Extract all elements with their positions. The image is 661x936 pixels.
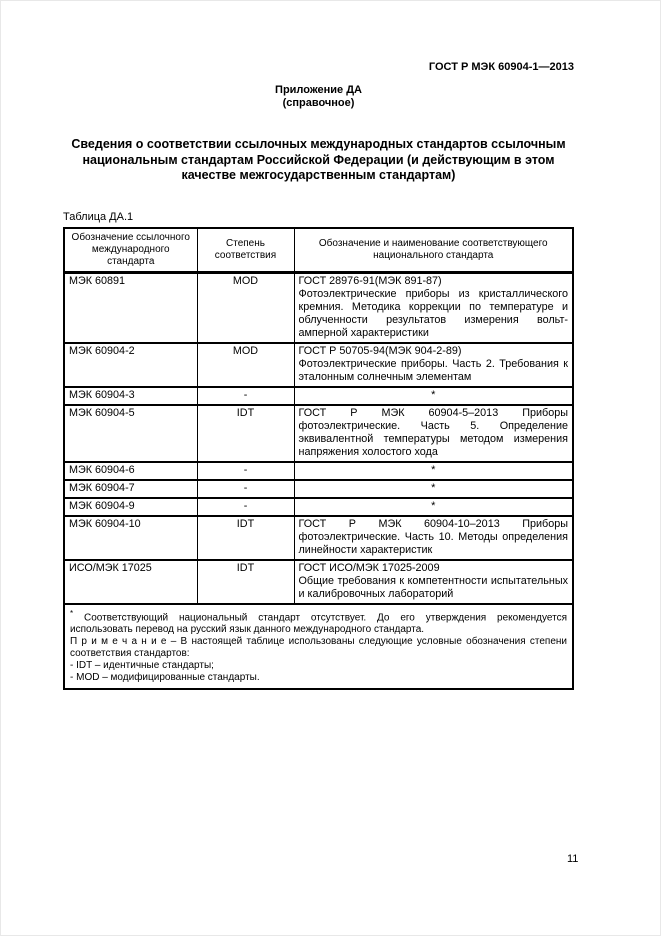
- col-header-degree: Степень соответствия: [197, 228, 294, 273]
- col-header-national-standard: Обозначение и наименование соответствующ…: [294, 228, 573, 273]
- doc-number: ГОСТ Р МЭК 60904-1—2013: [63, 61, 574, 74]
- page-content: ГОСТ Р МЭК 60904-1—2013 Приложение ДА (с…: [63, 1, 574, 690]
- no-national-standard-mark: *: [299, 464, 569, 477]
- table-row: МЭК 60904-7-*: [64, 480, 573, 498]
- table-footnote: * Соответствующий национальный стандарт …: [64, 604, 573, 689]
- national-standard-cell: *: [294, 387, 573, 405]
- footnote-item-idt: - IDT – идентичные стандарты;: [70, 660, 567, 672]
- intl-standard-cell: МЭК 60904-10: [64, 516, 197, 560]
- intl-standard-cell: МЭК 60904-6: [64, 462, 197, 480]
- no-national-standard-mark: *: [299, 482, 569, 495]
- degree-cell: -: [197, 498, 294, 516]
- intl-standard-cell: МЭК 60904-9: [64, 498, 197, 516]
- degree-cell: -: [197, 462, 294, 480]
- national-standard-cell: ГОСТ 28976-91(МЭК 891-87)Фотоэлектрическ…: [294, 272, 573, 343]
- table-row: ИСО/МЭК 17025IDTГОСТ ИСО/МЭК 17025-2009О…: [64, 560, 573, 604]
- table-row: МЭК 60904-10IDTГОСТ Р МЭК 60904-10–2013 …: [64, 516, 573, 560]
- national-standard-cell: ГОСТ ИСО/МЭК 17025-2009Общие требования …: [294, 560, 573, 604]
- table-row: МЭК 60904-5IDTГОСТ Р МЭК 60904-5–2013 Пр…: [64, 405, 573, 462]
- national-standard-cell: *: [294, 462, 573, 480]
- table-row: МЭК 60904-2MODГОСТ Р 50705-94(МЭК 904-2-…: [64, 343, 573, 387]
- page-title: Сведения о соответствии ссылочных междун…: [63, 137, 574, 184]
- footnote-star-paragraph: * Соответствующий национальный стандарт …: [70, 608, 567, 636]
- national-standard-paragraph: ГОСТ ИСО/МЭК 17025-2009: [299, 562, 569, 575]
- annex-block: Приложение ДА (справочное): [63, 84, 574, 110]
- degree-cell: IDT: [197, 516, 294, 560]
- no-national-standard-mark: *: [299, 389, 569, 402]
- table-header-row: Обозначение ссылочного международного ст…: [64, 228, 573, 273]
- intl-standard-cell: МЭК 60904-7: [64, 480, 197, 498]
- national-standard-paragraph: ГОСТ Р МЭК 60904-5–2013 Приборы фотоэлек…: [299, 407, 569, 459]
- footnote-star-marker: *: [70, 609, 73, 618]
- national-standard-paragraph: Фотоэлектрические приборы. Часть 2. Треб…: [299, 358, 569, 384]
- footnote-row: * Соответствующий национальный стандарт …: [64, 604, 573, 689]
- intl-standard-cell: МЭК 60904-5: [64, 405, 197, 462]
- intl-standard-cell: ИСО/МЭК 17025: [64, 560, 197, 604]
- annex-title: Приложение ДА: [63, 84, 574, 97]
- degree-cell: -: [197, 387, 294, 405]
- national-standard-paragraph: Фотоэлектрические приборы из кристалличе…: [299, 288, 569, 340]
- intl-standard-cell: МЭК 60904-3: [64, 387, 197, 405]
- national-standard-cell: ГОСТ Р МЭК 60904-10–2013 Приборы фотоэле…: [294, 516, 573, 560]
- page-number: 11: [567, 853, 578, 865]
- national-standard-cell: *: [294, 498, 573, 516]
- intl-standard-cell: МЭК 60904-2: [64, 343, 197, 387]
- footnote-cell: * Соответствующий национальный стандарт …: [64, 604, 573, 689]
- table-row: МЭК 60904-9-*: [64, 498, 573, 516]
- table-header: Обозначение ссылочного международного ст…: [64, 228, 573, 273]
- national-standard-paragraph: ГОСТ Р 50705-94(МЭК 904-2-89): [299, 345, 569, 358]
- table-row: МЭК 60904-3-*: [64, 387, 573, 405]
- intl-standard-cell: МЭК 60891: [64, 272, 197, 343]
- degree-cell: IDT: [197, 560, 294, 604]
- national-standard-paragraph: ГОСТ 28976-91(МЭК 891-87): [299, 275, 569, 288]
- footnote-note: П р и м е ч а н и е – В настоящей таблиц…: [70, 636, 567, 660]
- no-national-standard-mark: *: [299, 500, 569, 513]
- document-page: ГОСТ Р МЭК 60904-1—2013 Приложение ДА (с…: [0, 0, 661, 936]
- footnote-item-mod: - MOD – модифицированные стандарты.: [70, 672, 567, 684]
- degree-cell: MOD: [197, 272, 294, 343]
- table-row: МЭК 60904-6-*: [64, 462, 573, 480]
- annex-subtitle: (справочное): [63, 97, 574, 110]
- correspondence-table: Обозначение ссылочного международного ст…: [63, 227, 574, 690]
- table-row: МЭК 60891MODГОСТ 28976-91(МЭК 891-87)Фот…: [64, 272, 573, 343]
- national-standard-cell: ГОСТ Р МЭК 60904-5–2013 Приборы фотоэлек…: [294, 405, 573, 462]
- national-standard-cell: ГОСТ Р 50705-94(МЭК 904-2-89)Фотоэлектри…: [294, 343, 573, 387]
- national-standard-paragraph: Общие требования к компетентности испыта…: [299, 575, 569, 601]
- col-header-international-standard: Обозначение ссылочного международного ст…: [64, 228, 197, 273]
- footnote-star-text: Соответствующий национальный стандарт от…: [70, 612, 567, 635]
- national-standard-cell: *: [294, 480, 573, 498]
- table-body: МЭК 60891MODГОСТ 28976-91(МЭК 891-87)Фот…: [64, 272, 573, 604]
- degree-cell: -: [197, 480, 294, 498]
- degree-cell: IDT: [197, 405, 294, 462]
- table-label: Таблица ДА.1: [63, 211, 574, 224]
- national-standard-paragraph: ГОСТ Р МЭК 60904-10–2013 Приборы фотоэле…: [299, 518, 569, 557]
- degree-cell: MOD: [197, 343, 294, 387]
